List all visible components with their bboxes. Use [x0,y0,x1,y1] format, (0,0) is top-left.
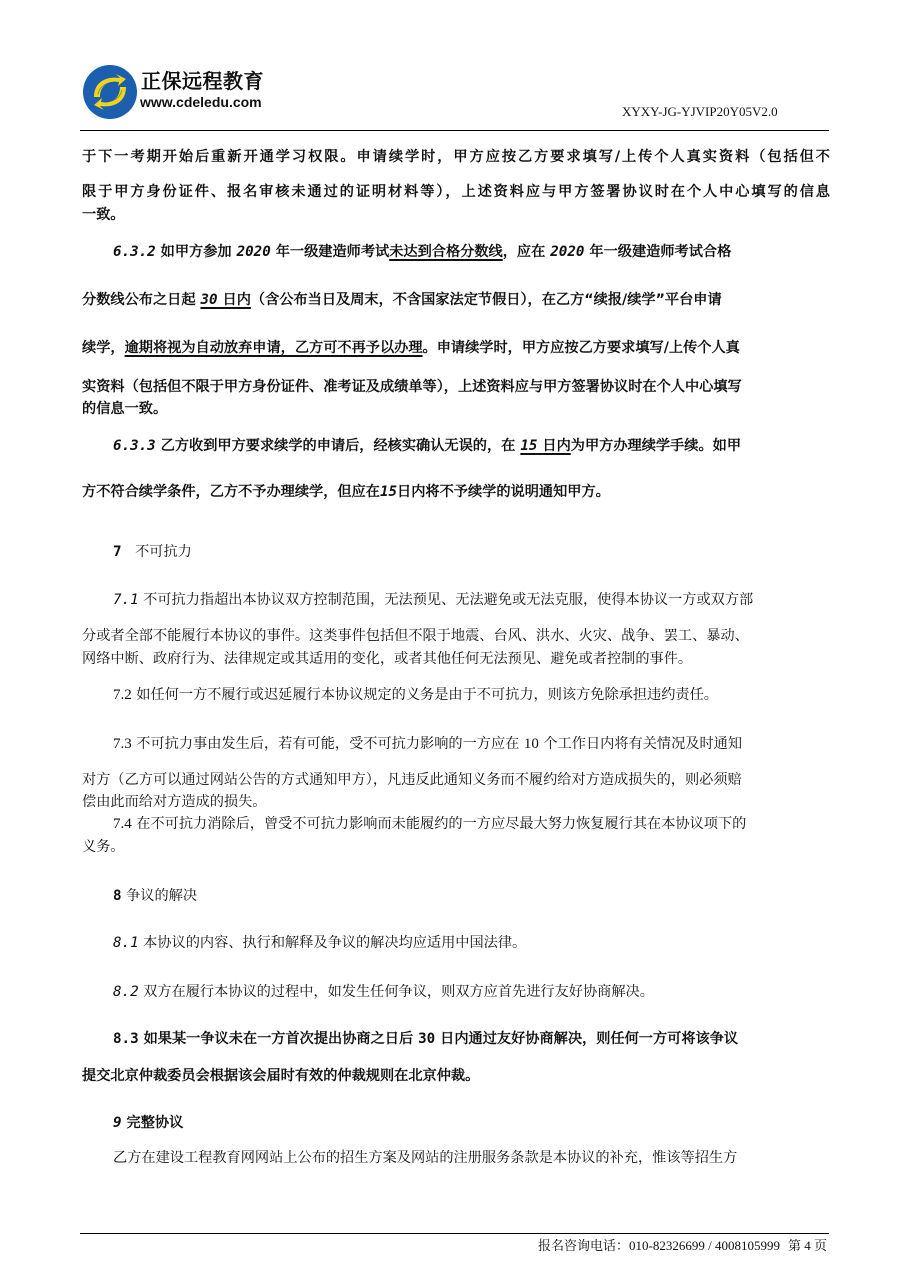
clause-6-3-2-line-3: 续学，逾期将视为自动放弃申请，乙方可不再予以办理。申请续学时，甲方应按乙方要求填… [82,339,830,357]
paragraph-line: 于下一考期开始后重新开通学习权限。申请续学时，甲方应按乙方要求填写/上传个人真实… [82,148,830,166]
clause-8-3-line-1: 8.3 如果某一争议未在一方首次提出协商之日后 30 日内通过友好协商解决，则任… [113,1030,830,1048]
clause-8-1: 8.1 本协议的内容、执行和解释及争议的解决均应适用中国法律。 [113,934,830,952]
underlined-text: 逾期将视为自动放弃申请，乙方可不再予以办理 [125,340,423,356]
underlined-text: 30 日内 [200,292,250,308]
clause-6-3-2-line-4: 实资料（包括但不限于甲方身份证件、准考证及成绩单等），上述资料应与甲方签署协议时… [82,378,830,396]
clause-7-1-line-1: 7.1 不可抗力指超出本协议双方控制范围，无法预见、无法避免或无法克服，使得本协… [113,591,830,609]
clause-7-4-line-1: 7.4 在不可抗力消除后，曾受不可抗力影响而未能履约的一方应尽最大努力恢复履行其… [113,815,830,833]
cdeledu-logo-icon [82,64,138,120]
clause-7-3-line-3: 偿由此而给对方造成的损失。 [82,793,830,811]
brand-name: 正保远程教育 [141,70,264,92]
document-code: XYXY-JG-YJVIP20Y05V2.0 [622,104,778,120]
clause-8-2: 8.2 双方在履行本协议的过程中，如发生任何争议，则双方应首先进行友好协商解决。 [113,983,830,1001]
footer-divider [80,1233,829,1234]
clause-6-3-2-line-5: 的信息一致。 [82,400,830,418]
paragraph-line: 限于甲方身份证件、报名审核未通过的证明材料等），上述资料应与甲方签署协议时在个人… [82,183,830,201]
hotline-numbers: 010-82326699 / 4008105999 [629,1238,780,1253]
clause-7-2: 7.2 如任何一方不履行或迟延履行本协议规定的义务是由于不可抗力，则该方免除承担… [113,686,830,704]
footer-contact: 报名咨询电话：010-82326699 / 4008105999第 4 页 [538,1238,827,1254]
clause-6-3-3-line-2: 方不符合续学条件，乙方不予办理续学，但应在15日内将不予续学的说明通知甲方。 [82,483,830,501]
section-8-heading: 8 争议的解决 [113,887,830,905]
paragraph-line: 一致。 [82,206,830,224]
header-divider [80,130,829,131]
clause-number: 6.3.2 [113,244,156,260]
underlined-text: 未达到合格分数线 [389,244,503,260]
clause-8-3-line-2: 提交北京仲裁委员会根据该会届时有效的仲裁规则在北京仲裁。 [82,1067,830,1085]
clause-7-1-line-3: 网络中断、政府行为、法律规定或其适用的变化，或者其他任何无法预见、避免或者控制的… [82,650,830,668]
clause-6-3-2-line-1: 6.3.2 如甲方参加 2020 年一级建造师考试未达到合格分数线，应在 202… [113,243,830,261]
section-9-heading: 9 完整协议 [113,1114,830,1132]
underlined-text: 15 日内 [520,438,570,454]
clause-7-4-line-2: 义务。 [82,838,830,856]
clause-7-3-line-1: 7.3 不可抗力事由发生后，若有可能，受不可抗力影响的一方应在 10 个工作日内… [113,735,830,753]
clause-7-3-line-2: 对方（乙方可以通过网站公告的方式通知甲方），凡违反此通知义务而不履约给对方造成损… [82,771,830,789]
section-9-line-1: 乙方在建设工程教育网网站上公布的招生方案及网站的注册服务条款是本协议的补充，惟该… [113,1149,830,1167]
document-page: 正保远程教育 www.cdeledu.com XYXY-JG-YJVIP20Y0… [0,0,909,1285]
hotline-label: 报名咨询电话： [538,1238,629,1253]
section-7-heading: 7 不可抗力 [113,543,830,561]
clause-7-1-line-2: 分或者全部不能履行本协议的事件。这类事件包括但不限于地震、台风、洪水、火灾、战争… [82,627,830,645]
clause-number: 6.3.3 [113,438,156,454]
brand-url: www.cdeledu.com [140,94,262,110]
page-number: 第 4 页 [788,1238,827,1253]
clause-6-3-2-line-2: 分数线公布之日起 30 日内（含公布当日及周末，不含国家法定节假日），在乙方“续… [82,291,830,309]
clause-6-3-3-line-1: 6.3.3 乙方收到甲方要求续学的申请后，经核实确认无误的，在 15 日内为甲方… [113,437,830,455]
